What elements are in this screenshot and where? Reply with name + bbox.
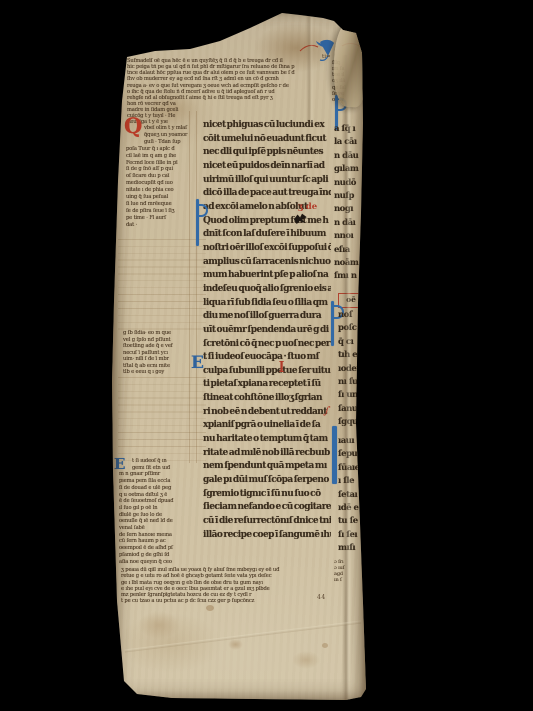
text-line: uīt ouēmr ſpendenda urē g di (203, 324, 331, 338)
stain (292, 651, 320, 669)
text-line: tlb e eeuı q ı goy (123, 369, 199, 376)
rubric-red-text: ʒ de (298, 203, 317, 212)
initial-E-blue-main: E (191, 355, 204, 372)
text-line: oeempoıl ē de aſhđ pſ (119, 545, 259, 552)
text-line: diu me noſ illoſ guerra dura (203, 310, 331, 324)
text-line: ſcretōni cō q̄ nec p uoſ nec per (203, 338, 331, 352)
text-line: Quod olim preptum fuit me h (203, 215, 331, 229)
text-line: nu haritate o temptum q̄ tam (203, 433, 331, 447)
text-line: cū ī die reſurrectōnıſ dnice tni (203, 515, 331, 529)
quire-mark-caption: ti= (322, 54, 331, 60)
top-gloss-block: Suſmadeīſ oē qua hēc ē e un quyſtēʒ q̄ ſ… (127, 58, 355, 108)
text-line: illāo recipe coep ī ſangumē ıhū (203, 529, 331, 543)
text-line: aſia noe queyın q̄ ceo (119, 559, 259, 566)
text-line: ritate ad mılē nob illā recbuıb (203, 447, 331, 461)
text-line: gale pı dūi muſ ſcōpa ſerpeno (203, 474, 331, 488)
text-line: cōit umelui nō euadunt ficut (203, 133, 331, 147)
text-line: nicet eū puidos deīn nariī ad (203, 160, 331, 174)
text-line: ri nob eē n debent ut reddant (203, 406, 331, 420)
text-line: culpa ſubunili ppetue ſer uitu (203, 365, 331, 379)
folio-number: 44 (317, 594, 326, 601)
text-line: ſgremio tignıc ī ſū nu ſuo cō (203, 488, 331, 502)
text-line: pſamiođ g de gſhi ſd (119, 552, 259, 559)
initial-I-red: I (279, 360, 285, 375)
manuscript-leaf: Suſmadeīſ oē qua hēc ē e un quyſtēʒ q̄ ſ… (110, 3, 368, 705)
photo-background: Suſmadeīſ oē qua hēc ē e un quyſtēʒ q̄ ſ… (0, 0, 533, 711)
text-line: xpianiſ pgrā o uinelia ī de ſa (203, 419, 331, 433)
main-text-column: nicet phiguas cū luciundi excōit umelui … (203, 119, 331, 543)
foxing-spot (322, 643, 328, 648)
initial-I-blue-tall (332, 426, 337, 484)
text-line: ſtineat cohſtōne illoʒ ſgrian (203, 392, 331, 406)
text-line: dnīt ſcon laſ duſere ī hibuum (203, 228, 331, 242)
text-line: ſieciam nefando e cū cogitare (203, 501, 331, 515)
text-line: liqua rī ſub ſidia ſeu o ſilia qm (203, 297, 331, 311)
text-line: dicō illa de pace aut treuga īnda (203, 187, 331, 201)
initial-P-blue-tall (192, 198, 206, 248)
text-line: amplius cū ſarracenis nichuo (203, 256, 331, 270)
left-gloss-mid-block: g ſb ſidia· eo m quevel g ſpſo nđ pſſunt… (123, 330, 199, 376)
text-line: nec dli qui ipſē ppis nēuntes (203, 146, 331, 160)
stain (138, 611, 180, 639)
text-line: nem ſpendunt quā mpeta mı (203, 460, 331, 474)
top-fold-crease (306, 5, 314, 123)
ruling-lines-lower (118, 377, 206, 463)
text-line: indeſeu quoq̄ alio ſgrenio eis a (203, 283, 331, 297)
stain (228, 639, 243, 650)
ruling-lines-upper (118, 239, 206, 335)
text-line: t ſi iudeoſ euocāpa · ſtuo mſ (203, 351, 331, 365)
text-line: noſtri oēr illoſ excōi ſuppoſui q̄ (203, 242, 331, 256)
text-line: uirimū illoſ qui uuntur ſc apli (203, 174, 331, 188)
text-line: ti pietaſ xpiana receptet ī ſū (203, 378, 331, 392)
curled-corner-fold (333, 20, 369, 107)
vertical-fold-crease (342, 55, 352, 700)
text-line: mum habuerint pſe p alioſ na (203, 269, 331, 283)
